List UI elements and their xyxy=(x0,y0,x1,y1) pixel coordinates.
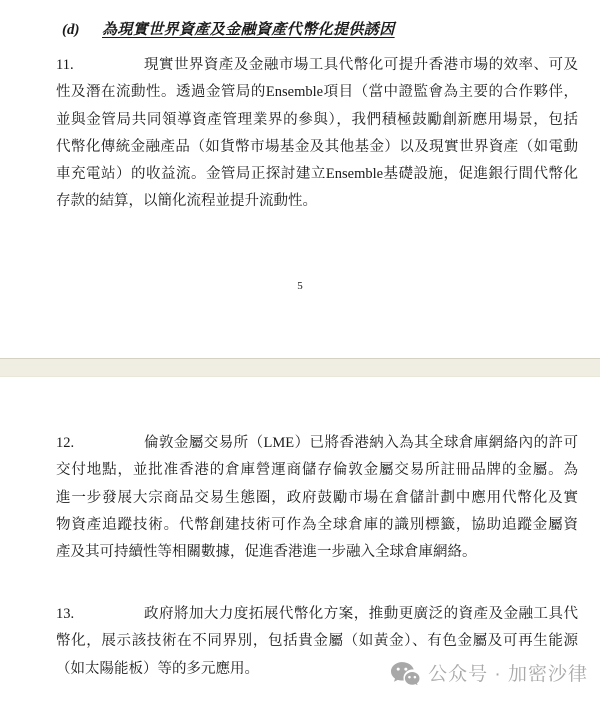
paragraph-first-line-text: 政府將加大力度拓展代幣化方案，推動更廣泛的資產及金融工具代 xyxy=(144,601,578,628)
text-line: 代幣化傳統金融產品（如貨幣市場基金及其他基金）以及現實世界資產（如電動 xyxy=(56,134,578,161)
paragraph-first-line-text: 現實世界資產及金融市場工具代幣化可提升香港市場的效率、可及 xyxy=(144,52,578,79)
text-line: 交付地點，並批准香港的倉庫營運商儲存倫敦金屬交易所註冊品牌的金屬。為 xyxy=(56,457,578,484)
paragraph-12: 12.倫敦金屬交易所（LME）已將香港納入為其全球倉庫網絡內的許可交付地點，並批… xyxy=(56,430,578,566)
page-number: 5 xyxy=(0,279,600,293)
text-line: 13.政府將加大力度拓展代幣化方案，推動更廣泛的資產及金融工具代 xyxy=(56,601,578,628)
paragraph-number: 12. xyxy=(56,430,144,457)
watermark-text: 公众号 · 加密沙律 xyxy=(428,662,588,688)
text-line: 產及其可持續性等相關數據，促進香港進一步融入全球倉庫網絡。 xyxy=(56,539,578,566)
page-break-separator xyxy=(0,358,600,377)
paragraph-first-line-text: 倫敦金屬交易所（LME）已將香港納入為其全球倉庫網絡內的許可 xyxy=(144,430,578,457)
text-line: 物資產追蹤技術。代幣創建技術可作為全球倉庫的識別標籤，協助追蹤金屬資 xyxy=(56,512,578,539)
text-line: 存款的結算，以簡化流程並提升流動性。 xyxy=(56,188,578,215)
wechat-icon xyxy=(390,661,421,688)
text-line: 幣化，展示該技術在不同界別，包括貴金屬（如黃金）、有色金屬及可再生能源 xyxy=(56,628,578,655)
paragraph-number: 11. xyxy=(56,52,144,79)
section-heading-title: 為現實世界資產及金融資產代幣化提供誘因 xyxy=(102,19,395,41)
section-heading: (d) 為現實世界資產及金融資產代幣化提供誘因 xyxy=(62,19,560,41)
text-line: 12.倫敦金屬交易所（LME）已將香港納入為其全球倉庫網絡內的許可 xyxy=(56,430,578,457)
document-page: (d) 為現實世界資產及金融資產代幣化提供誘因 11.現實世界資產及金融市場工具… xyxy=(0,0,600,701)
text-line: 並與金管局共同領導資產管理業界的參與），我們積極鼓勵創新應用場景，包括 xyxy=(56,107,578,134)
paragraph-11: 11.現實世界資產及金融市場工具代幣化可提升香港市場的效率、可及性及潛在流動性。… xyxy=(56,52,578,216)
paragraph-number: 13. xyxy=(56,601,144,628)
text-line: 進一步發展大宗商品交易生態圈，政府鼓勵市場在倉儲計劃中應用代幣化及實 xyxy=(56,485,578,512)
text-line: 11.現實世界資產及金融市場工具代幣化可提升香港市場的效率、可及 xyxy=(56,52,578,79)
watermark: 公众号 · 加密沙律 xyxy=(390,661,588,688)
text-line: 車充電站）的收益流。金管局正探討建立Ensemble基礎設施，促進銀行間代幣化 xyxy=(56,161,578,188)
section-heading-label: (d) xyxy=(62,19,102,41)
text-line: 性及潛在流動性。透過金管局的Ensemble項目（當中證監會為主要的合作夥伴， xyxy=(56,79,578,106)
